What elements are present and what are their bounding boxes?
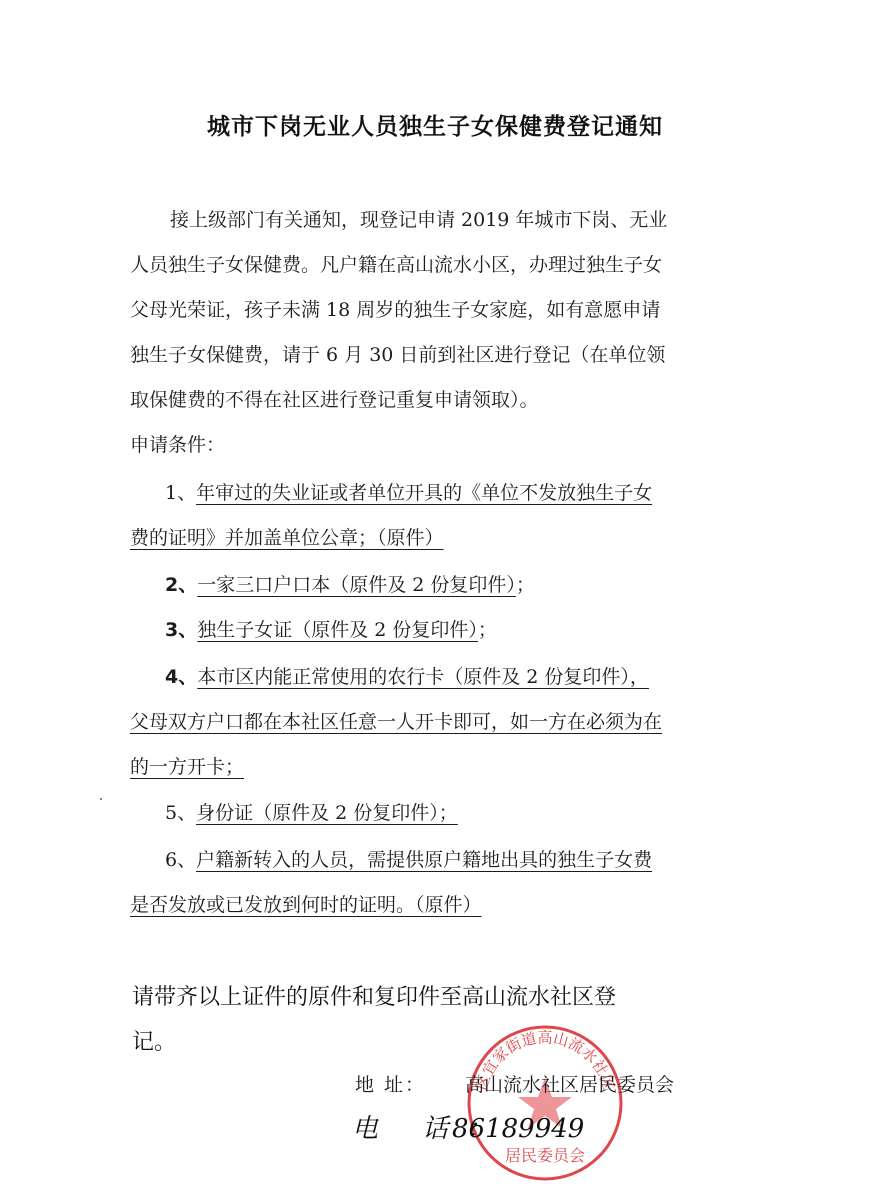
condition-text: 年审过的失业证或者单位开具的《单位不发放独生子女 bbox=[196, 482, 652, 504]
address-label: 地 址： bbox=[355, 1070, 465, 1097]
condition-number: 5、 bbox=[165, 802, 196, 824]
closing-line: 请带齐以上证件的原件和复印件至高山流水社区登 bbox=[132, 980, 616, 1011]
condition-suffix: ； bbox=[516, 574, 535, 596]
condition-item-3: 3、独生子女证（原件及 2 份复印件）； bbox=[165, 615, 497, 642]
conditions-heading: 申请条件： bbox=[130, 430, 225, 457]
phone-row: 电 话：86189949 bbox=[352, 1108, 584, 1145]
closing-line: 记。 bbox=[132, 1025, 176, 1056]
condition-text: 本市区内能正常使用的农行卡（原件及 2 份复印件）， bbox=[197, 666, 649, 688]
condition-suffix: ； bbox=[478, 619, 497, 641]
condition-item-5: 5、身份证（原件及 2 份复印件）； bbox=[165, 798, 458, 825]
official-seal-icon: 区宜家街道高山流水社区 居民委员会 bbox=[465, 1023, 625, 1183]
intro-line: 人员独生子女保健费。凡户籍在高山流水小区，办理过独生子女 bbox=[130, 250, 662, 277]
document-title: 城市下岗无业人员独生子女保健费登记通知 bbox=[0, 108, 870, 141]
condition-number: 2、 bbox=[165, 574, 197, 596]
scan-speck bbox=[100, 798, 102, 800]
condition-text: 一家三口户口本（原件及 2 份复印件） bbox=[197, 574, 516, 596]
address-value: 高山流水社区居民委员会 bbox=[465, 1074, 674, 1096]
condition-text: 独生子女证（原件及 2 份复印件） bbox=[197, 619, 478, 641]
condition-text: 身份证（原件及 2 份复印件）； bbox=[196, 802, 458, 824]
intro-line: 父母光荣证，孩子未满 18 周岁的独生子女家庭，如有意愿申请 bbox=[130, 295, 660, 322]
condition-number: 4、 bbox=[165, 666, 197, 688]
condition-text: 父母双方户口都在本社区任意一人开卡即可，如一方在必须为在 bbox=[130, 707, 662, 734]
intro-line: 取保健费的不得在社区进行登记重复申请领取）。 bbox=[130, 385, 539, 412]
seal-inner-text: 居民委员会 bbox=[505, 1146, 585, 1165]
condition-item-2: 2、一家三口户口本（原件及 2 份复印件）； bbox=[165, 570, 535, 597]
phone-value: 86189949 bbox=[452, 1114, 584, 1144]
condition-number: 6、 bbox=[165, 849, 196, 871]
intro-line: 接上级部门有关通知，现登记申请 2019 年城市下岗、无业 bbox=[170, 205, 667, 232]
condition-text: 费的证明》并加盖单位公章；（原件） bbox=[130, 523, 444, 550]
condition-text: 是否发放或已发放到何时的证明。（原件） bbox=[130, 890, 482, 917]
condition-text: 的一方开卡； bbox=[130, 752, 244, 779]
condition-item-6: 6、户籍新转入的人员，需提供原户籍地出具的独生子女费 bbox=[165, 845, 652, 872]
condition-item-1: 1、年审过的失业证或者单位开具的《单位不发放独生子女 bbox=[165, 478, 652, 505]
intro-line: 独生子女保健费，请于 6 月 30 日前到社区进行登记（在单位领 bbox=[130, 340, 665, 367]
condition-number: 3、 bbox=[165, 619, 197, 641]
condition-text: 户籍新转入的人员，需提供原户籍地出具的独生子女费 bbox=[196, 849, 652, 871]
phone-label: 电 话： bbox=[352, 1108, 452, 1145]
condition-item-4: 4、本市区内能正常使用的农行卡（原件及 2 份复印件）， bbox=[165, 662, 649, 689]
address-row: 地 址：高山流水社区居民委员会 bbox=[355, 1070, 674, 1097]
condition-number: 1、 bbox=[165, 482, 196, 504]
